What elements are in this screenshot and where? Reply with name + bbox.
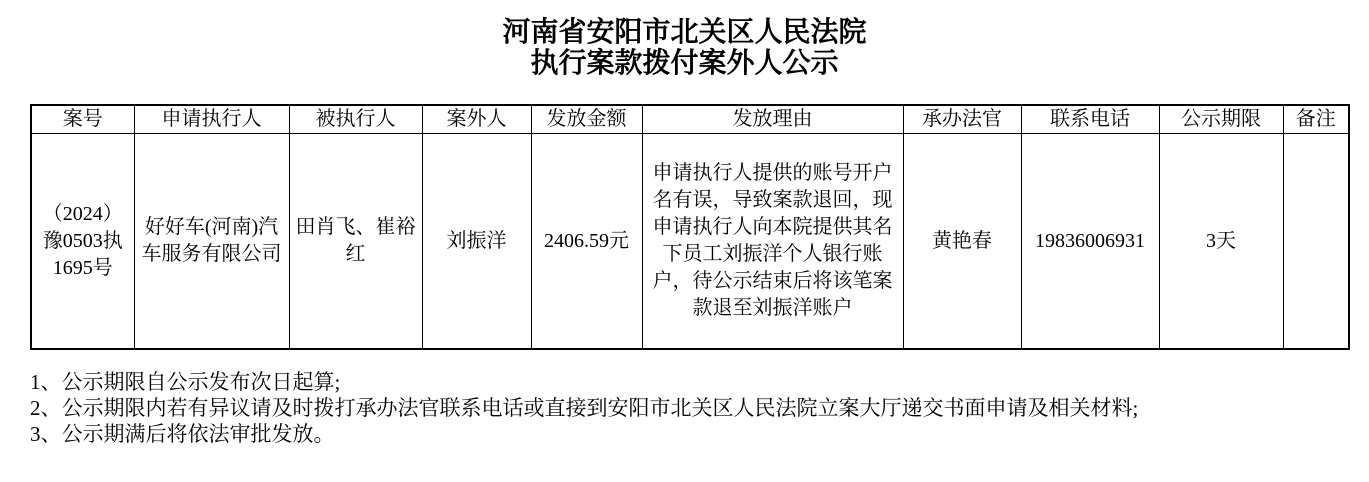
col-header-remark: 备注 (1283, 105, 1349, 134)
footnotes: 1、公示期限自公示发布次日起算; 2、公示期限内若有异议请及时拨打承办法官联系电… (30, 369, 1369, 447)
cell-phone: 19836006931 (1021, 134, 1159, 350)
col-header-case-number: 案号 (31, 105, 134, 134)
col-header-period: 公示期限 (1159, 105, 1283, 134)
cell-remark (1283, 134, 1349, 350)
cell-period: 3天 (1159, 134, 1283, 350)
court-notice-document: 河南省安阳市北关区人民法院 执行案款拨付案外人公示 案号 申请执行人 被执行人 … (0, 17, 1369, 447)
footnote-2: 2、公示期限内若有异议请及时拨打承办法官联系电话或直接到安阳市北关区人民法院立案… (30, 395, 1369, 421)
notice-table: 案号 申请执行人 被执行人 案外人 发放金额 发放理由 承办法官 联系电话 公示… (30, 104, 1350, 350)
cell-case-number: （2024）豫0503执1695号 (31, 134, 134, 350)
col-header-judge: 承办法官 (903, 105, 1021, 134)
col-header-amount: 发放金额 (531, 105, 642, 134)
table-row: （2024）豫0503执1695号 好好车(河南)汽车服务有限公司 田肖飞、崔裕… (31, 134, 1349, 350)
cell-amount: 2406.59元 (531, 134, 642, 350)
col-header-phone: 联系电话 (1021, 105, 1159, 134)
page-title-line2: 执行案款拨付案外人公示 (0, 48, 1369, 79)
col-header-applicant: 申请执行人 (134, 105, 289, 134)
page-title: 河南省安阳市北关区人民法院 执行案款拨付案外人公示 (0, 17, 1369, 79)
cell-reason: 申请执行人提供的账号开户名有误，导致案款退回，现申请执行人向本院提供其名下员工刘… (642, 134, 903, 350)
cell-applicant: 好好车(河南)汽车服务有限公司 (134, 134, 289, 350)
footnote-1: 1、公示期限自公示发布次日起算; (30, 369, 1369, 395)
col-header-respondent: 被执行人 (289, 105, 422, 134)
col-header-third-party: 案外人 (422, 105, 531, 134)
col-header-reason: 发放理由 (642, 105, 903, 134)
cell-judge: 黄艳春 (903, 134, 1021, 350)
cell-third-party: 刘振洋 (422, 134, 531, 350)
footnote-3: 3、公示期满后将依法审批发放。 (30, 421, 1369, 447)
cell-respondent: 田肖飞、崔裕红 (289, 134, 422, 350)
table-header-row: 案号 申请执行人 被执行人 案外人 发放金额 发放理由 承办法官 联系电话 公示… (31, 105, 1349, 134)
page-title-line1: 河南省安阳市北关区人民法院 (0, 17, 1369, 48)
